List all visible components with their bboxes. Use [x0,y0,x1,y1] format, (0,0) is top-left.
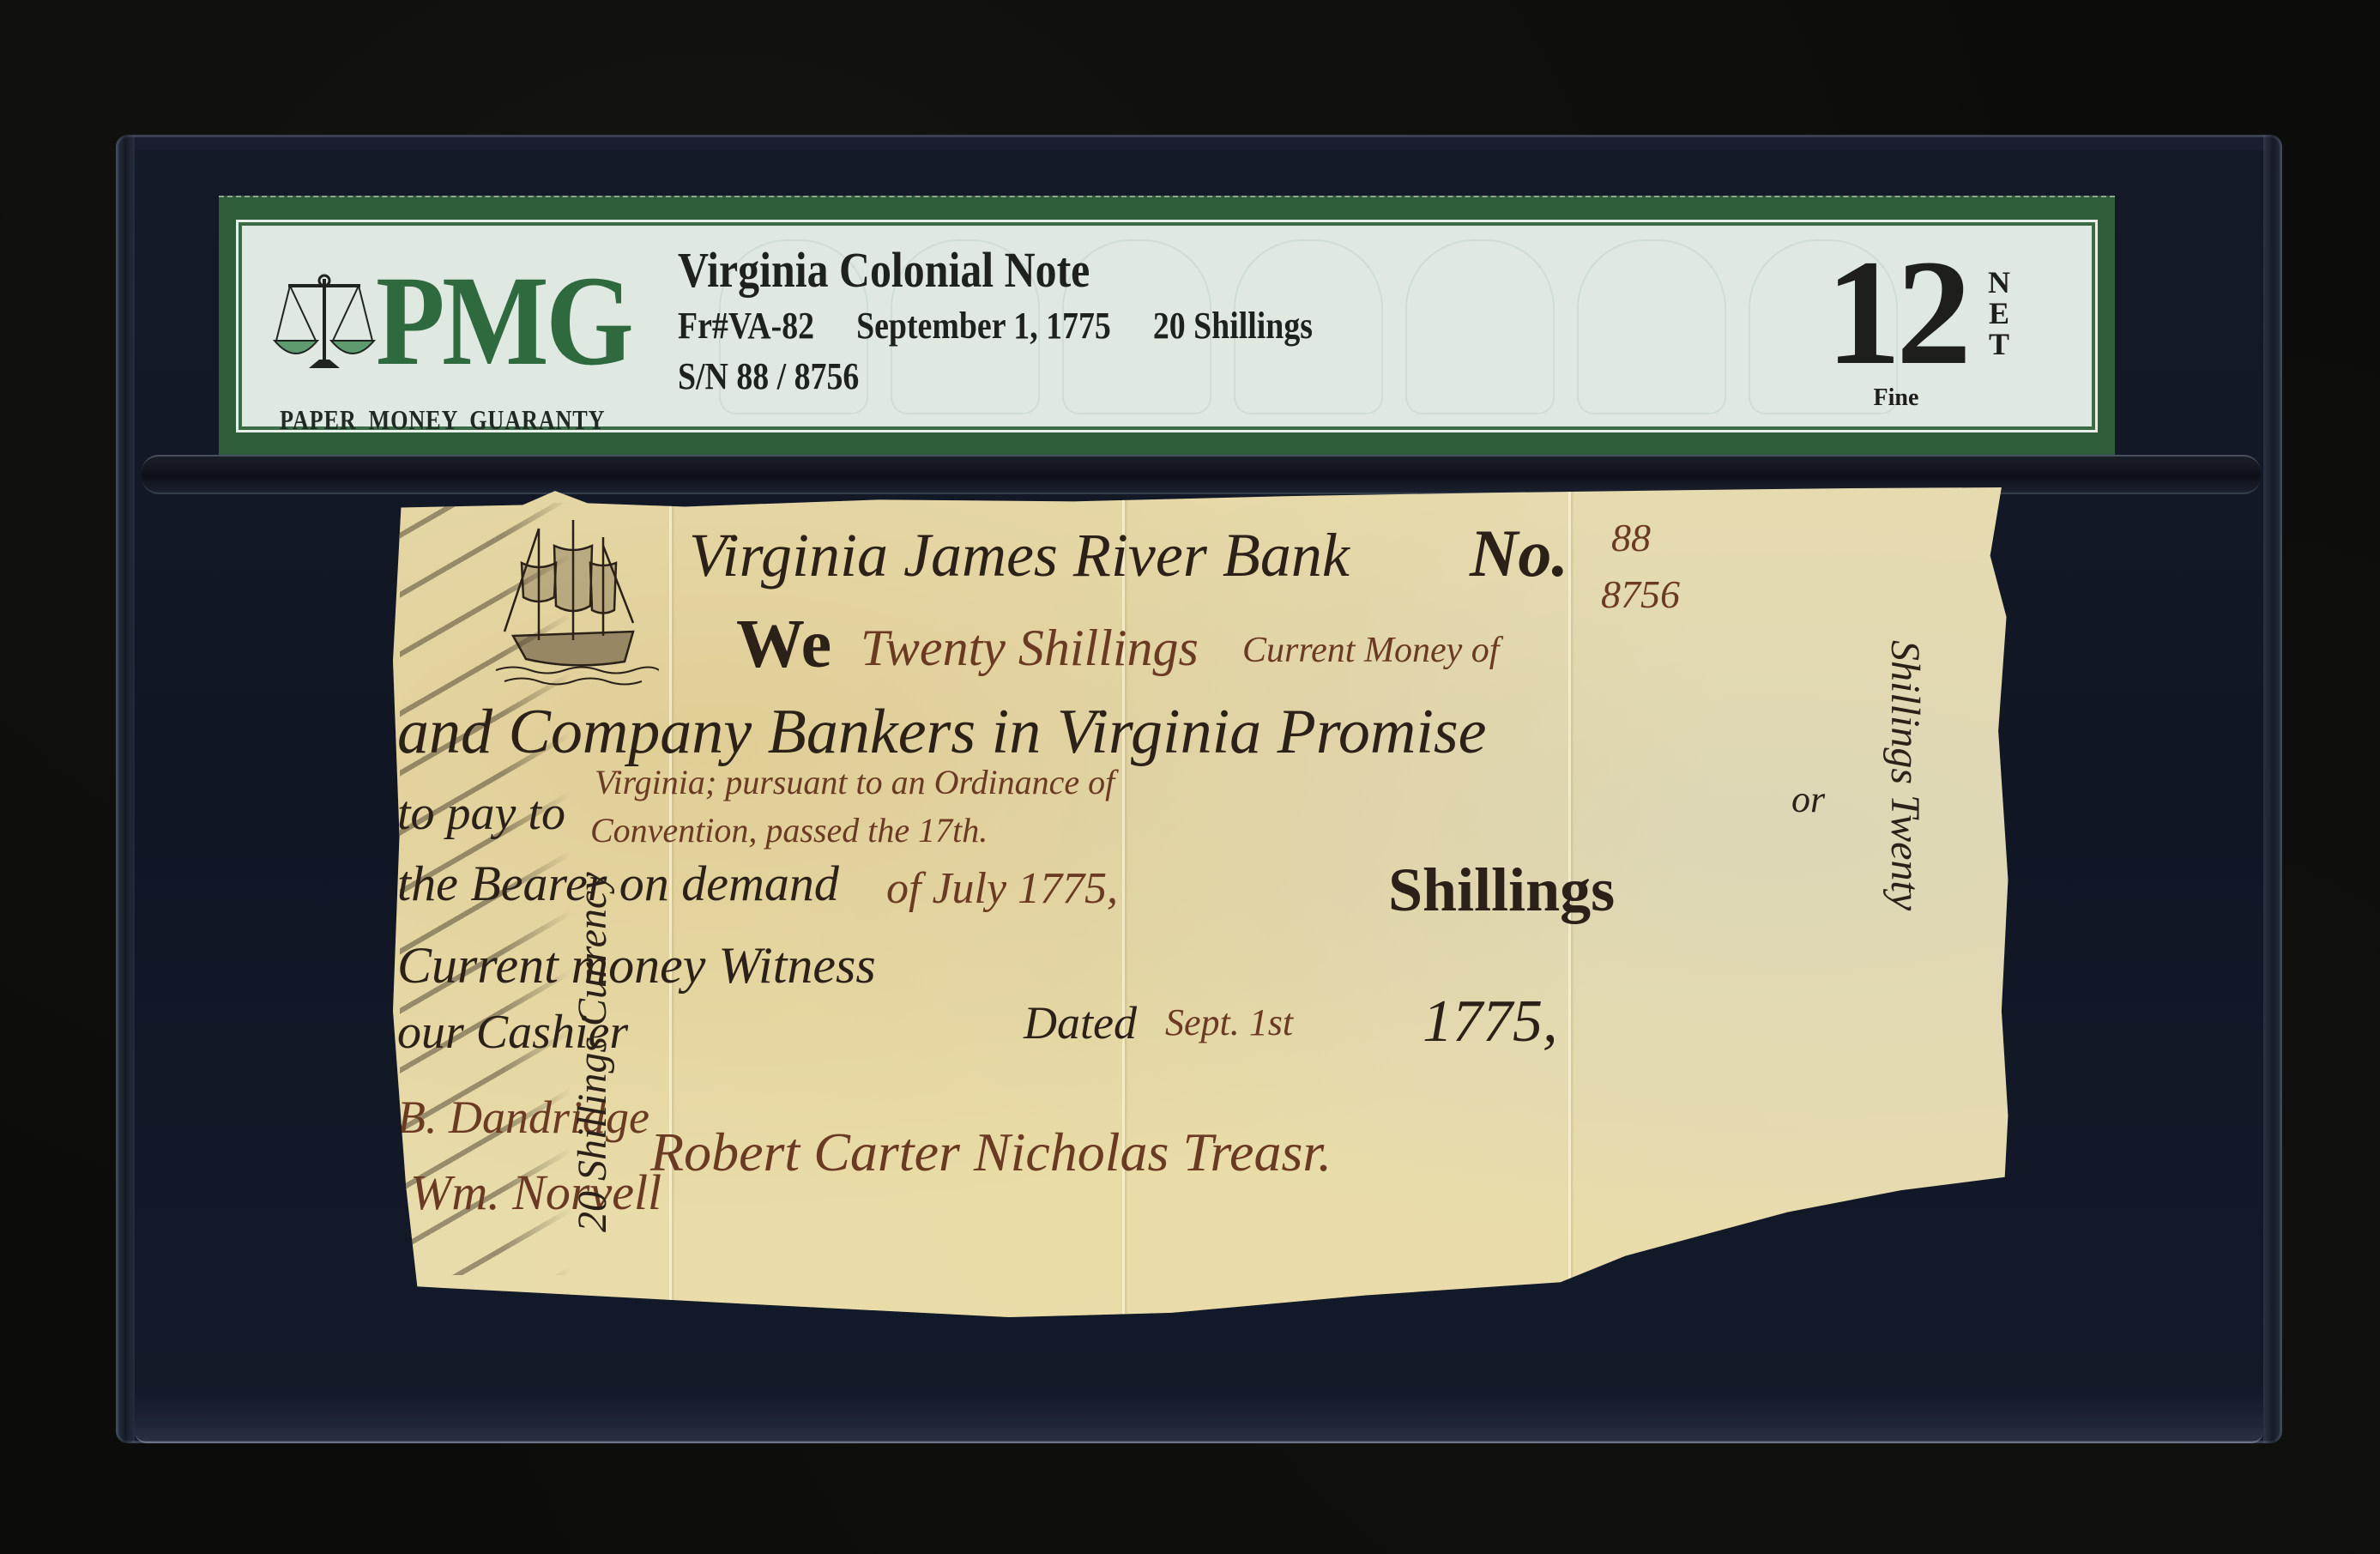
dated-day: Sept. 1st [1165,1001,1293,1044]
grading-label: PMG PAPER MONEY GUARANTY Virginia Coloni… [219,196,2115,457]
we-prefix: We [736,606,831,684]
holder-right-edge [2263,135,2282,1443]
pmg-tagline: PAPER MONEY GUARANTY [280,404,605,432]
or-text: or [1791,777,1825,821]
witness-line: Current money Witness [397,936,876,995]
pmg-wordmark: PMG [376,257,631,385]
bank-name: Virginia James River Bank [689,520,1350,591]
qualifier-letter: E [1982,298,2016,329]
sailing-ship-vignette [487,511,659,692]
convention-text: Convention, passed the 17th. [590,810,988,850]
catalog-number: Fr#VA-82 [678,305,814,347]
grade-block: 12 Fine [1826,241,1966,412]
signature-treasurer: Robert Carter Nicholas Treasr. [650,1121,1332,1184]
promise-line: and Company Bankers in Virginia Promise [397,696,1487,769]
bearer-line: the Bearer on demand [397,855,839,912]
label-description: Virginia Colonial Note Fr#VA-82 Septembe… [678,241,1455,398]
to-pay-to: to pay to [397,786,565,841]
current-money-text: Current Money of [1242,630,1499,671]
shillings-script: Shillings [1388,855,1615,926]
fold-line [1122,486,1125,1361]
serial-top: 88 [1611,515,1651,560]
holder-left-edge [116,135,135,1443]
dated-label: Dated [1024,996,1137,1049]
note-title: Virginia Colonial Note [678,241,1347,299]
fold-line [669,486,672,1361]
grade-qualifier: N E T [1982,267,2016,360]
signature-witness: Wm. Norvell [410,1164,661,1221]
grade-number: 12 [1826,241,1966,384]
left-vertical-text: 20 Shillings Currency [569,872,616,1232]
note-details: Fr#VA-82 September 1, 1775 20 Shillings [678,304,1347,348]
pmg-logo: PMG PAPER MONEY GUARANTY [273,257,633,428]
scales-of-justice-icon [273,272,376,375]
qualifier-letter: N [1982,267,2016,298]
issue-date: September 1, 1775 [856,305,1111,347]
denomination: 20 Shillings [1153,305,1313,347]
number-mark: No. [1470,515,1568,592]
right-vertical-text: Shillings Twenty [1882,640,1929,910]
ordinance-text: Virginia; pursuant to an Ordinance of [595,762,1114,802]
qualifier-letter: T [1982,329,2016,360]
dated-year: 1775, [1423,988,1558,1056]
amount-written: Twenty Shillings [861,619,1199,678]
holder-bottom-edge [135,1390,2263,1443]
july-date: of July 1775, [886,863,1118,914]
serial-bottom: 8756 [1601,571,1680,617]
serial-number: S/N 88 / 8756 [678,354,1347,398]
label-panel: PMG PAPER MONEY GUARANTY Virginia Coloni… [236,220,2098,432]
watermark-shape [1577,239,1726,414]
